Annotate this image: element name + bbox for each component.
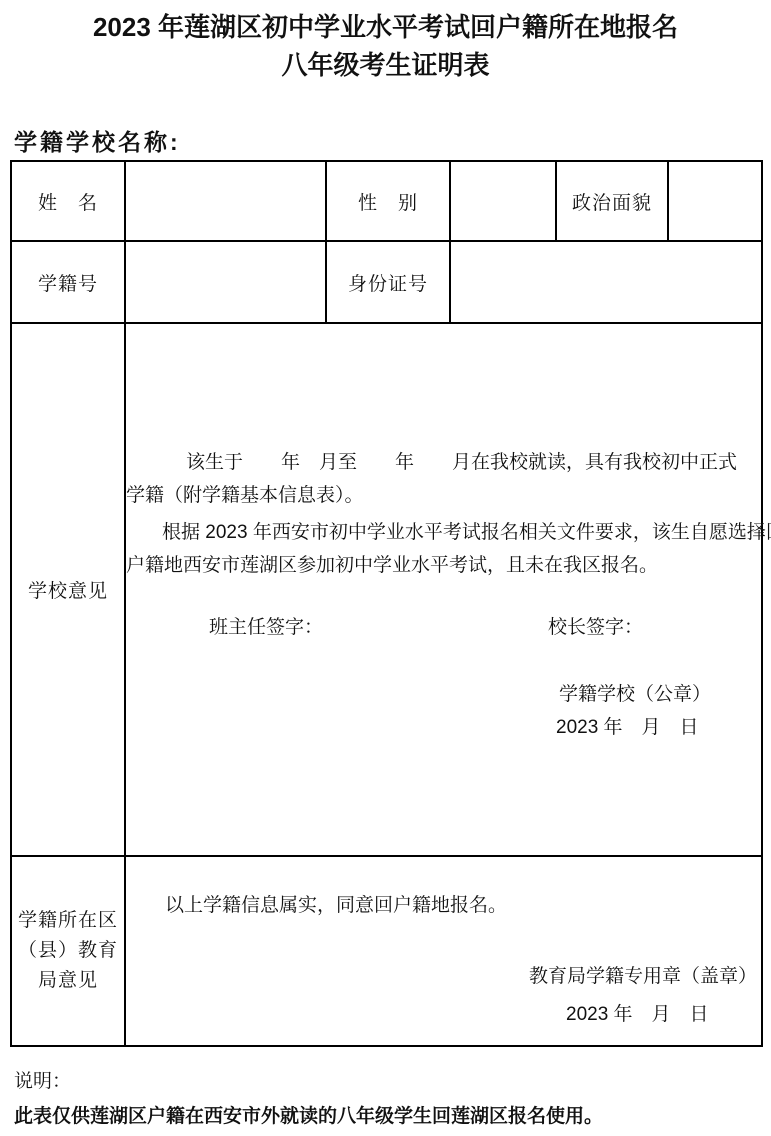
id-number-label: 身份证号 xyxy=(326,241,450,323)
paragraph2-line2: 户籍地西安市莲湖区参加初中学业水平考试，且未在我区报名。 xyxy=(126,549,761,582)
paragraph1-line2: 学籍（附学籍基本信息表）。 xyxy=(126,479,761,512)
school-opinion-date-line: 2023 年 月 日 xyxy=(556,711,761,744)
education-bureau-seal-line: 教育局学籍专用章（盖章） xyxy=(529,960,761,993)
paragraph1-line1: 该生于 年 月至 年 月在我校就读，具有我校初中正式 xyxy=(126,446,761,479)
name-label: 姓 名 xyxy=(11,161,125,241)
gender-input-cell[interactable] xyxy=(450,161,556,241)
paragraph2-line1: 根据 2023 年西安市初中学业水平考试报名相关文件要求，该生自愿选择回 xyxy=(126,516,761,549)
district-opinion-date-line: 2023 年 月 日 xyxy=(566,998,761,1031)
district-opinion-statement: 以上学籍信息属实，同意回户籍地报名。 xyxy=(165,889,761,922)
row-school-opinion: 学校意见 该生于 年 月至 年 月在我校就读，具有我校初中正式 学籍（附学籍基本… xyxy=(11,323,762,856)
district-label-line2: （县）教育 xyxy=(12,936,124,966)
id-number-input-cell[interactable] xyxy=(450,241,762,323)
document-header: 2023 年莲湖区初中学业水平考试回户籍所在地报名 八年级考生证明表 xyxy=(0,8,771,84)
note-label: 说明： xyxy=(14,1069,771,1095)
student-id-label: 学籍号 xyxy=(11,241,125,323)
district-opinion-content-cell: 以上学籍信息属实，同意回户籍地报名。 教育局学籍专用章（盖章） 2023 年 月… xyxy=(125,856,762,1046)
district-label-line1: 学籍所在区 xyxy=(12,906,124,936)
gender-label: 性 别 xyxy=(326,161,450,241)
principal-signature-label: 校长签字： xyxy=(548,611,643,644)
school-opinion-row-label: 学校意见 xyxy=(11,323,125,856)
district-opinion-row-label: 学籍所在区 （县）教育 局意见 xyxy=(11,856,125,1046)
document-title-line1: 2023 年莲湖区初中学业水平考试回户籍所在地报名 xyxy=(0,8,771,46)
row-basic-info-1: 姓 名 性 别 政治面貌 xyxy=(11,161,762,241)
document-title-line2: 八年级考生证明表 xyxy=(0,46,771,84)
head-teacher-signature-label: 班主任签字： xyxy=(209,611,323,644)
political-status-label: 政治面貌 xyxy=(556,161,668,241)
name-input-cell[interactable] xyxy=(125,161,326,241)
district-label-line3: 局意见 xyxy=(12,966,124,996)
signature-row: 班主任签字： 校长签字： xyxy=(126,611,761,644)
school-seal-line: 学籍学校（公章） xyxy=(559,678,761,711)
school-opinion-paragraph2: 根据 2023 年西安市初中学业水平考试报名相关文件要求，该生自愿选择回 户籍地… xyxy=(126,516,761,582)
row-basic-info-2: 学籍号 身份证号 xyxy=(11,241,762,323)
political-status-input-cell[interactable] xyxy=(668,161,762,241)
row-district-opinion: 学籍所在区 （县）教育 局意见 以上学籍信息属实，同意回户籍地报名。 教育局学籍… xyxy=(11,856,762,1046)
note-text: 此表仅供莲湖区户籍在西安市外就读的八年级学生回莲湖区报名使用。 xyxy=(14,1104,771,1130)
student-id-input-cell[interactable] xyxy=(125,241,326,323)
school-name-label: 学籍学校名称: xyxy=(14,128,771,156)
school-opinion-content-cell: 该生于 年 月至 年 月在我校就读，具有我校初中正式 学籍（附学籍基本信息表）。… xyxy=(125,323,762,856)
certificate-form-table: 姓 名 性 别 政治面貌 学籍号 身份证号 学校意见 该生于 年 月至 年 月在… xyxy=(10,160,763,1047)
school-opinion-paragraph1: 该生于 年 月至 年 月在我校就读，具有我校初中正式 学籍（附学籍基本信息表）。 xyxy=(126,446,761,512)
